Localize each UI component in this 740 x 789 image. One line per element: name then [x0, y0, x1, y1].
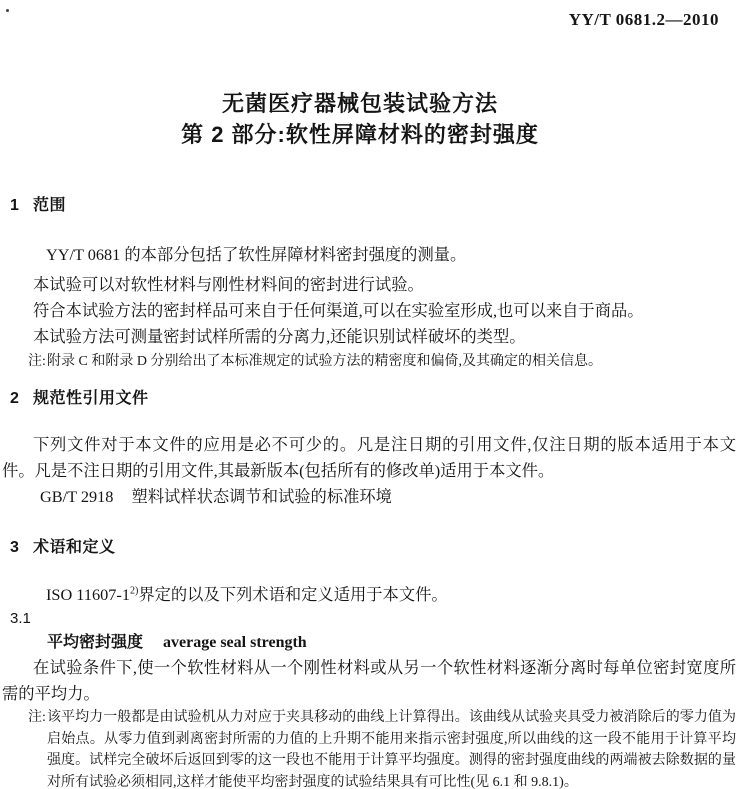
section-2-title: 规范性引用文件	[33, 390, 149, 407]
section-3-number: 3	[10, 538, 33, 558]
scope-paragraph-4: 本试验方法可测量密封试样所需的分离力,还能识别试样破坏的类型。	[2, 324, 736, 350]
reference-code: GB/T 2918	[40, 487, 113, 506]
section-1-number: 1	[10, 196, 33, 216]
term-chinese: 平均密封强度	[47, 634, 143, 651]
normative-ref-paragraph: 下列文件对于本文件的应用是必不可少的。凡是注日期的引用文件,仅注日期的版本适用于…	[2, 432, 736, 484]
iso-reference: ISO 11607-1	[46, 585, 130, 604]
reference-title: 塑料试样状态调节和试验的标准环境	[131, 487, 392, 506]
term-note: 注:该平均力一般都是由试验机从力对应于夹具移动的曲线上计算得出。该曲线从试验夹具…	[2, 707, 736, 789]
document-title: 无菌医疗器械包装试验方法 第 2 部分:软性屏障材料的密封强度	[0, 88, 720, 150]
section-1-heading: 1范围	[10, 196, 66, 216]
standard-number: YY/T 0681.2—2010	[569, 10, 719, 30]
title-line-1: 无菌医疗器械包装试验方法	[0, 88, 720, 119]
scope-paragraph-1: YY/T 0681 的本部分包括了软性屏障材料密封强度的测量。	[2, 242, 736, 268]
note-label: 注:	[28, 352, 46, 372]
section-2-number: 2	[10, 389, 33, 409]
term-line: 平均密封强度average seal strength	[2, 630, 736, 655]
scope-paragraph-2: 本试验可以对软性材料与刚性材料间的密封进行试验。	[2, 272, 736, 298]
note-text: 附录 C 和附录 D 分别给出了本标准规定的试验方法的精密度和偏倚,及其确定的相…	[47, 354, 602, 369]
title-line-2: 第 2 部分:软性屏障材料的密封强度	[0, 119, 720, 150]
section-1-body: YY/T 0681 的本部分包括了软性屏障材料密封强度的测量。 本试验可以对软性…	[2, 242, 736, 372]
scan-speck	[6, 9, 9, 12]
terms-intro-line: ISO 11607-12)界定的以及下列术语和定义适用于本文件。	[2, 582, 736, 608]
note-text: 该平均力一般都是由试验机从力对应于夹具移动的曲线上计算得出。该曲线从试验夹具受力…	[47, 710, 736, 789]
reference-line: GB/T 2918塑料试样状态调节和试验的标准环境	[2, 484, 736, 510]
section-1-title: 范围	[33, 197, 66, 214]
scope-paragraph-3: 符合本试验方法的密封样品可来自于任何渠道,可以在实验室形成,也可以来自于商品。	[2, 298, 736, 324]
clause-number: 3.1	[2, 608, 736, 630]
scope-note: 注:附录 C 和附录 D 分别给出了本标准规定的试验方法的精密度和偏倚,及其确定…	[2, 352, 736, 372]
document-page: YY/T 0681.2—2010 无菌医疗器械包装试验方法 第 2 部分:软性屏…	[0, 0, 740, 789]
term-definition: 在试验条件下,使一个软性材料从一个刚性材料或从另一个软性材料逐渐分离时每单位密封…	[2, 655, 736, 707]
section-2-heading: 2规范性引用文件	[10, 389, 149, 409]
note-label: 注:	[28, 707, 46, 729]
section-3-title: 术语和定义	[33, 539, 116, 556]
term-english: average seal strength	[163, 634, 307, 651]
terms-intro-text: 界定的以及下列术语和定义适用于本文件。	[138, 585, 447, 604]
section-2-body: 下列文件对于本文件的应用是必不可少的。凡是注日期的引用文件,仅注日期的版本适用于…	[2, 432, 736, 510]
section-3-body: ISO 11607-12)界定的以及下列术语和定义适用于本文件。 3.1 平均密…	[2, 582, 736, 789]
section-3-heading: 3术语和定义	[10, 538, 116, 558]
